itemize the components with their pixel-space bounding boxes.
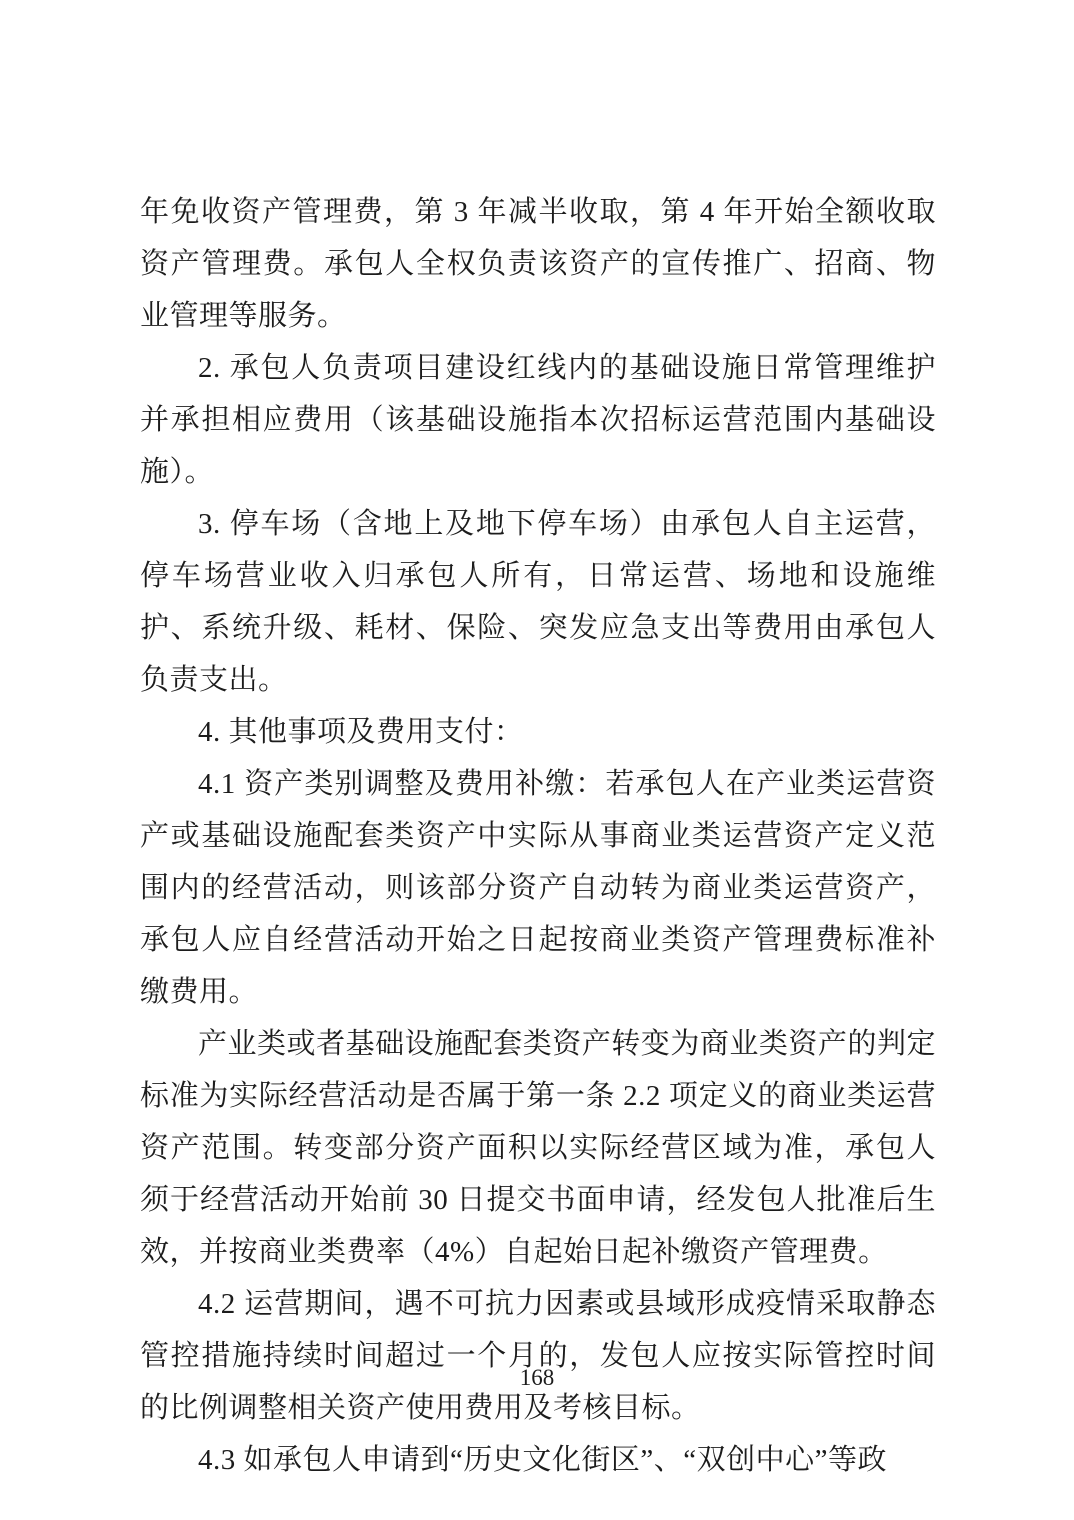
document-body: 年免收资产管理费，第 3 年减半收取，第 4 年开始全额收取资产管理费。承包人全… [140,186,936,1486]
paragraph: 3. 停车场（含地上及地下停车场）由承包人自主运营，停车场营业收入归承包人所有，… [140,498,936,706]
paragraph: 4.1 资产类别调整及费用补缴：若承包人在产业类运营资产或基础设施配套类资产中实… [140,758,936,1018]
paragraph: 4. 其他事项及费用支付： [140,706,936,758]
page-number: 168 [0,1364,1074,1392]
paragraph: 2. 承包人负责项目建设红线内的基础设施日常管理维护并承担相应费用（该基础设施指… [140,342,936,498]
document-page: 年免收资产管理费，第 3 年减半收取，第 4 年开始全额收取资产管理费。承包人全… [0,0,1074,1520]
paragraph: 4.2 运营期间，遇不可抗力因素或县域形成疫情采取静态管控措施持续时间超过一个月… [140,1278,936,1434]
paragraph: 产业类或者基础设施配套类资产转变为商业类资产的判定标准为实际经营活动是否属于第一… [140,1018,936,1278]
paragraph: 年免收资产管理费，第 3 年减半收取，第 4 年开始全额收取资产管理费。承包人全… [140,186,936,342]
paragraph: 4.3 如承包人申请到“历史文化街区”、“双创中心”等政 [140,1434,936,1486]
